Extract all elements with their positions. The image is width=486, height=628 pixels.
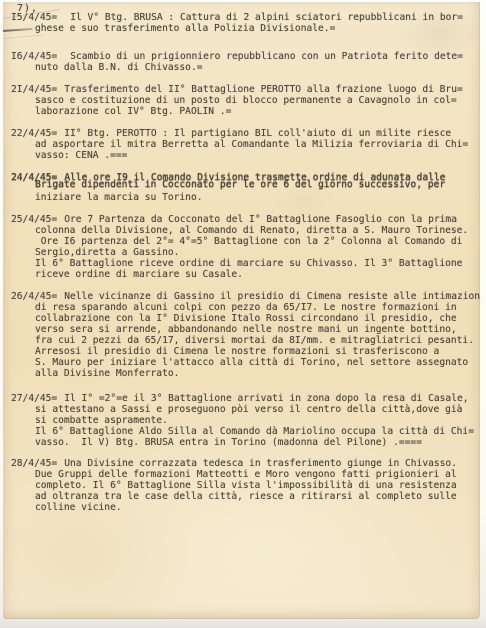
entry-date: 26/4/45=	[11, 291, 57, 302]
entry-line: vasso. Il V) Btg. BRUSA entra in Torino …	[11, 437, 481, 448]
entry-line: Il 6° Battaglione riceve ordine di marci…	[11, 258, 481, 269]
entry-line: laborazione col IV° Btg. PAOLIN .=	[11, 106, 481, 117]
entry-line: completo. Il 6° Battaglione Silla vista …	[11, 480, 481, 491]
entry-text: Trasferimento del II° Battaglione PEROTT…	[64, 84, 463, 95]
entry-line: I6/4/45=Scambio di un prigionniero repub…	[11, 51, 481, 62]
diary-entry-28-4-45-: 28/4/45=Una Divisine corrazzata tedesca …	[11, 458, 481, 513]
entry-line: collabrazione con la I° Divisione Italo …	[11, 313, 481, 324]
document-page: 7), I5/4/45=Il V° Btg. BRUSA : Cattura d…	[3, 2, 480, 619]
entry-line: 25/4/45=Ore 7 Partenza da Cocconato del …	[11, 214, 481, 225]
entry-line: sasco e costituzione di un posto di bloc…	[11, 95, 481, 106]
entry-line: ghese e suo trasferimento alla Polizia D…	[11, 23, 481, 34]
entry-text: Una Divisine corrazzata tedesca in trasf…	[64, 458, 457, 469]
entry-line: alla Divisine Monferrato.	[11, 368, 481, 379]
entry-line: ad oltranza tra le case della città, rie…	[11, 491, 481, 502]
entry-line: colline vicine.	[11, 502, 481, 513]
diary-entry-24-4-45-: 24/4/45=Alle ore I9 il Comando Divisione…	[11, 172, 481, 203]
diary-entry-26-4-45-: 26/4/45=Nelle vicinanze di Gassino il pr…	[11, 291, 481, 379]
entry-line: verso sera si arrende, abbandonando nell…	[11, 324, 481, 335]
entry-line: di resa sparando alcuni colpi con pezzo …	[11, 302, 481, 313]
entry-line: Due Gruppi delle formazioni Matteotti e …	[11, 469, 481, 480]
entry-text: Nelle vicinanze di Gassino il presidio d…	[64, 291, 481, 302]
entry-line: S. Mauro per iniziare l'attacco alla cit…	[11, 357, 481, 368]
entry-line: riceve ordine di marciare su Casale.	[11, 269, 481, 280]
diary-entry-27-4-45-: 27/4/45=Il I° =2°=e il 3° Battaglione ar…	[11, 393, 481, 448]
entry-line: 26/4/45=Nelle vicinanze di Gassino il pr…	[11, 291, 481, 302]
entry-line: si combatte aspramente.	[11, 415, 481, 426]
diary-entry-22-4-45-: 22/4/45=II° Btg. PEROTTO : Il partigiano…	[11, 128, 481, 161]
entry-line: nuto dalla B.N. di Chivasso.=	[11, 62, 481, 73]
entry-text: Il V° Btg. BRUSA : Cattura di 2 alpini s…	[70, 12, 463, 23]
diary-entry-25-4-45-: 25/4/45=Ore 7 Partenza da Cocconato del …	[11, 214, 481, 280]
entry-line: ad asportare il mitra Berretta al Comand…	[11, 139, 481, 150]
entry-line: fra cui 2 pezzi da 65/17, diversi mortai…	[11, 335, 481, 346]
entry-line: 22/4/45=II° Btg. PEROTTO : Il partigiano…	[11, 128, 481, 139]
entry-date: 28/4/45=	[11, 458, 57, 469]
entry-text: II° Btg. PEROTTO : Il partigiano BIL col…	[64, 128, 451, 139]
entry-line: si attestano a Sassi e proseguono pòi ve…	[11, 404, 481, 415]
entry-line: 27/4/45=Il I° =2°=e il 3° Battaglione ar…	[11, 393, 481, 404]
diary-entry-2I-4-45-: 2I/4/45=Trasferimento del II° Battaglion…	[11, 84, 481, 117]
entry-date: 2I/4/45=	[11, 84, 57, 95]
entry-line: Sergio,diretta a Gassino.	[11, 247, 481, 258]
diary-entry-I6-4-45-: I6/4/45=Scambio di un prigionniero repub…	[11, 51, 481, 73]
diary-entry-I5-4-45-: I5/4/45=Il V° Btg. BRUSA : Cattura di 2 …	[11, 12, 481, 34]
entry-date: I5/4/45=	[11, 12, 57, 23]
entry-text: Ore 7 Partenza da Cocconato del I° Batta…	[64, 214, 457, 225]
entry-date: 25/4/45=	[11, 214, 57, 225]
entry-line: Arresosi il presidio di Cimena le nostre…	[11, 346, 481, 357]
entry-line: Brigate dipendenti in Cocconato per le o…	[11, 179, 481, 190]
entry-date: 22/4/45=	[11, 128, 57, 139]
entry-line: Ore I6 partenza del 2°= 4°=5° Battaglion…	[11, 236, 481, 247]
entry-line: 2I/4/45=Trasferimento del II° Battaglion…	[11, 84, 481, 95]
entry-date: 27/4/45=	[11, 393, 57, 404]
entry-line: 28/4/45=Una Divisine corrazzata tedesca …	[11, 458, 481, 469]
entry-date: I6/4/45=	[11, 51, 57, 62]
entry-line: Il 6° Battaglione Aldo Silla al Comando …	[11, 426, 481, 437]
entry-line: iniziare la marcia su Torino.	[11, 192, 481, 203]
entry-line: I5/4/45=Il V° Btg. BRUSA : Cattura di 2 …	[11, 12, 481, 23]
entry-line: colonna della Divisione, al Comando di R…	[11, 225, 481, 236]
entry-line: vasso: CENA .===	[11, 150, 481, 161]
entry-text: Scambio di un prigionniero repubblicano …	[70, 51, 463, 62]
diary-entries: I5/4/45=Il V° Btg. BRUSA : Cattura di 2 …	[11, 12, 481, 524]
entry-text: Il I° =2°=e il 3° Battaglione arrivati i…	[64, 393, 468, 404]
